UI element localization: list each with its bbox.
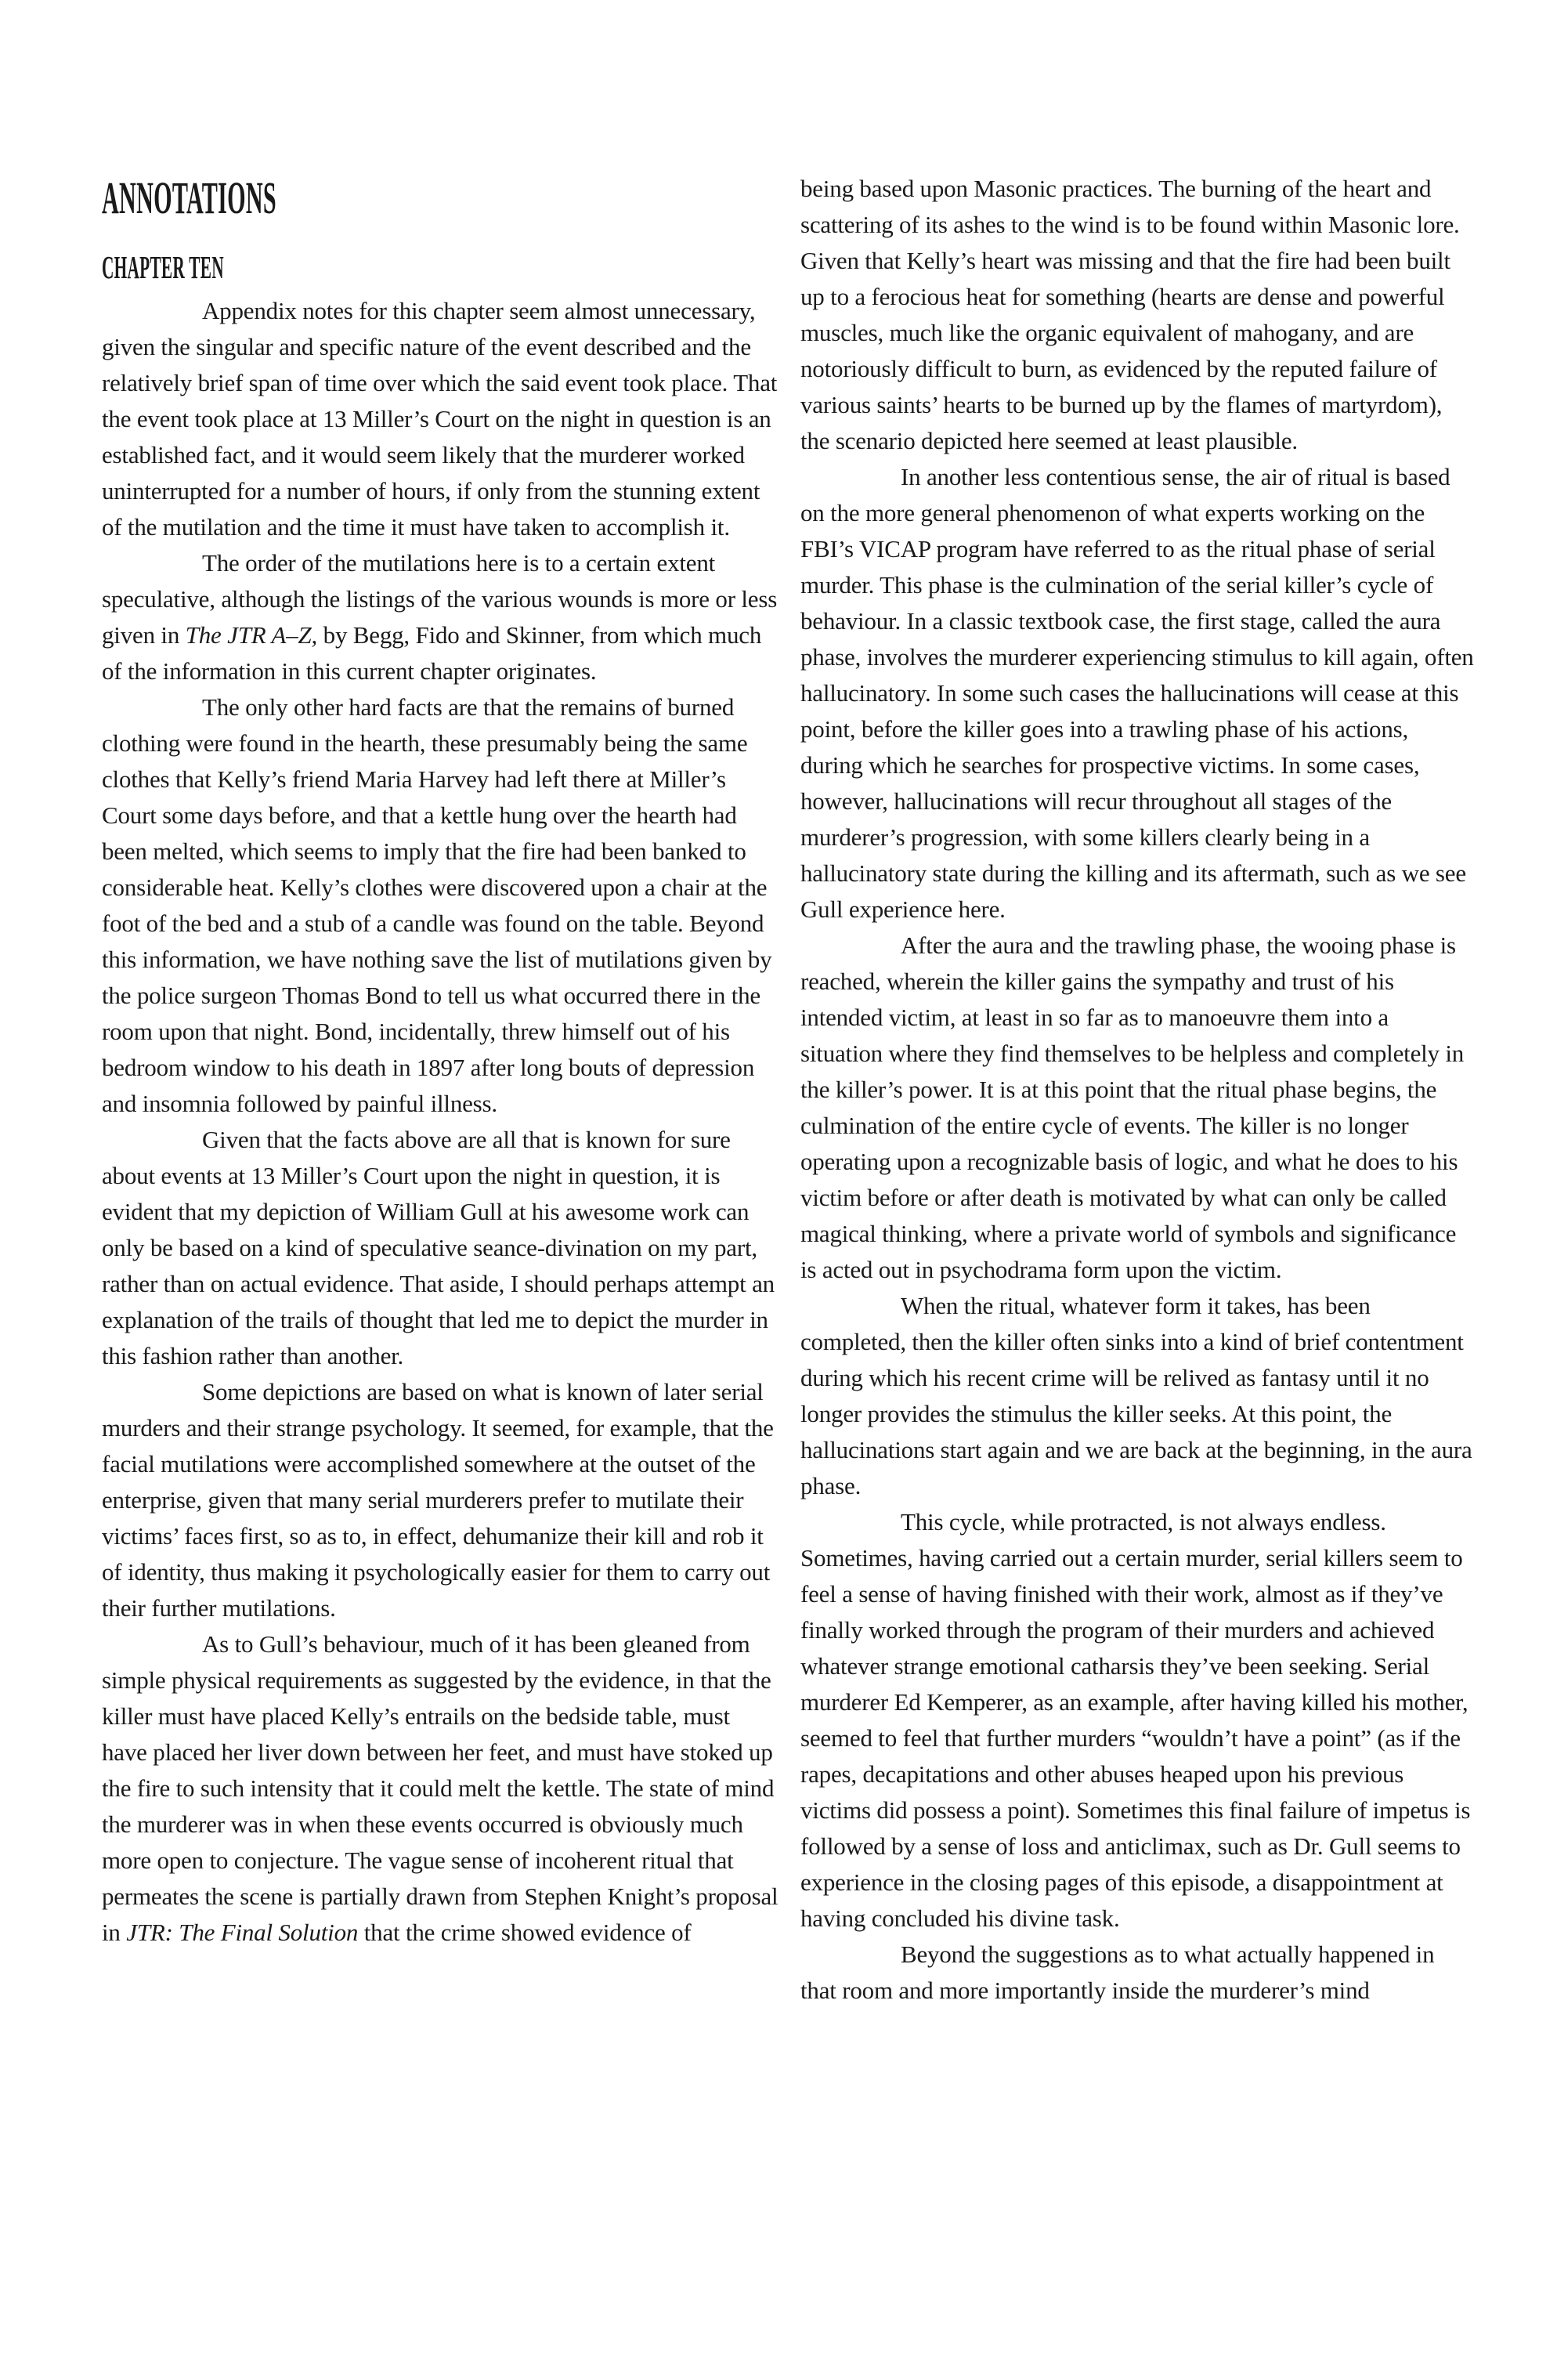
text-segment: After the aura and the trawling phase, t…: [800, 931, 1464, 1283]
paragraph: Some depictions are based on what is kno…: [102, 1374, 779, 1626]
text-segment: that the crime showed evidence of: [358, 1919, 691, 1946]
text-segment: The only other hard facts are that the r…: [102, 693, 771, 1117]
right-column: being based upon Masonic practices. The …: [800, 171, 1474, 2009]
text-segment: Appendix notes for this chapter seem alm…: [102, 297, 777, 541]
page-title: ANNOTATIONS: [102, 174, 454, 222]
paragraph: The only other hard facts are that the r…: [102, 689, 779, 1122]
paragraph: This cycle, while protracted, is not alw…: [800, 1504, 1474, 1937]
paragraph: being based upon Masonic practices. The …: [800, 171, 1474, 459]
paragraph: After the aura and the trawling phase, t…: [800, 928, 1474, 1288]
paragraph: The order of the mutilations here is to …: [102, 545, 779, 689]
text-segment: Given that the facts above are all that …: [102, 1126, 775, 1369]
text-segment: Some depictions are based on what is kno…: [102, 1378, 774, 1622]
italic-text-segment: JTR: The Final Solution: [126, 1919, 358, 1946]
paragraph: As to Gull’s behaviour, much of it has b…: [102, 1626, 779, 1951]
text-segment: This cycle, while protracted, is not alw…: [800, 1508, 1470, 1932]
paragraph: Given that the facts above are all that …: [102, 1122, 779, 1374]
right-column-text: being based upon Masonic practices. The …: [800, 171, 1474, 2009]
paragraph: In another less contentious sense, the a…: [800, 459, 1474, 928]
italic-text-segment: The JTR A–Z,: [186, 621, 317, 649]
text-segment: When the ritual, whatever form it takes,…: [800, 1292, 1472, 1499]
text-segment: Beyond the suggestions as to what actual…: [800, 1941, 1434, 2004]
text-segment: As to Gull’s behaviour, much of it has b…: [102, 1630, 778, 1946]
text-segment: being based upon Masonic practices. The …: [800, 175, 1460, 454]
left-column: ANNOTATIONS CHAPTER TEN Appendix notes f…: [102, 174, 779, 1951]
paragraph: When the ritual, whatever form it takes,…: [800, 1288, 1474, 1504]
paragraph: Appendix notes for this chapter seem alm…: [102, 293, 779, 545]
left-column-text: Appendix notes for this chapter seem alm…: [102, 293, 779, 1951]
paragraph: Beyond the suggestions as to what actual…: [800, 1937, 1474, 2009]
chapter-heading: CHAPTER TEN: [102, 249, 454, 285]
text-segment: In another less contentious sense, the a…: [800, 463, 1474, 923]
book-page: ANNOTATIONS CHAPTER TEN Appendix notes f…: [0, 0, 1557, 2380]
